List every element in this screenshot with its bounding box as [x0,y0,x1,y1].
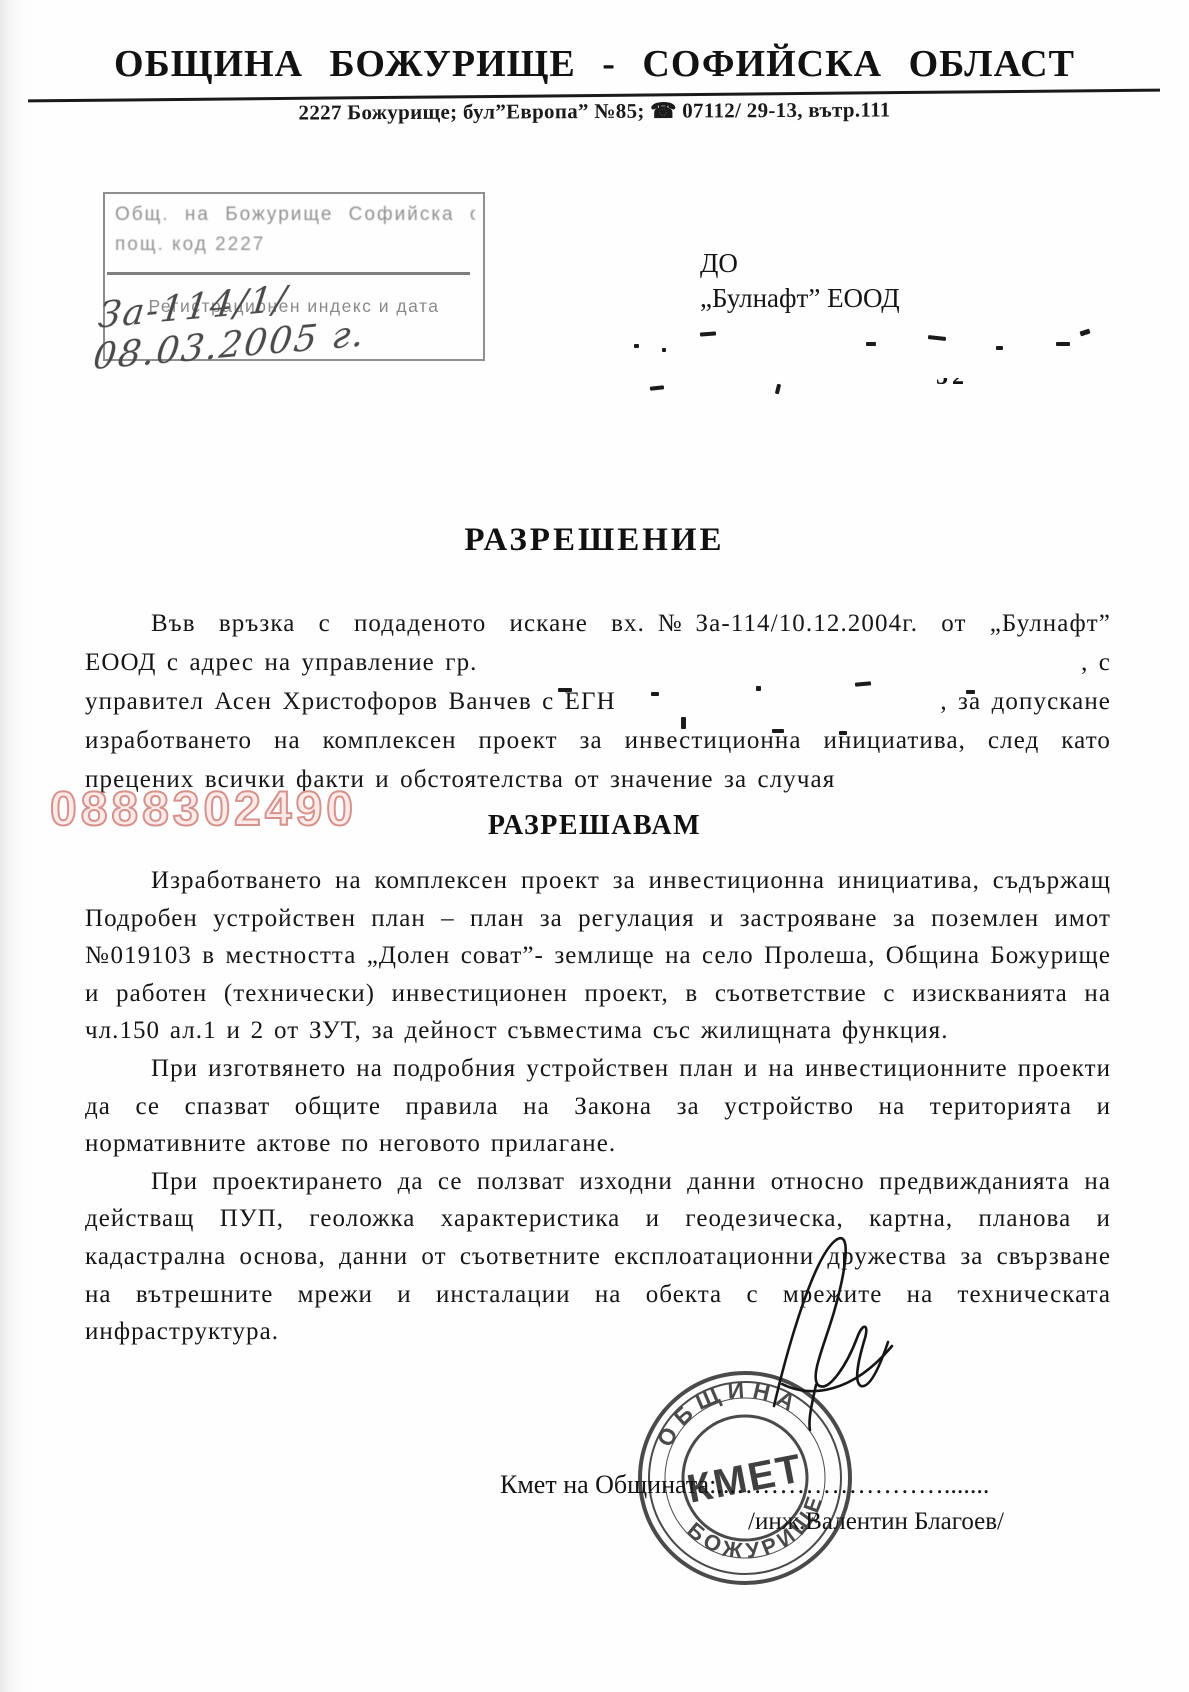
intro-line-3: управител Асен Христофоров Ванчев с ЕГН … [85,682,1111,721]
intro-line-4: изработването на комплексен проект за ин… [85,721,1111,760]
municipality-address-line: 2227 Божурище; бул”Европа” №85; ☎ 07112/… [0,96,1189,127]
stamp-org-line: Общ. на Божурище Софийска област [115,204,475,226]
mayor-name: /инж.Валентин Благоев/ [748,1508,1004,1536]
body-paragraph-1: Изработването на комплексен проект за ин… [85,862,1111,1050]
redaction-speckle [966,690,975,694]
mayor-title-label: Кмет на Общината: [500,1470,716,1499]
mayor-signature-line: Кмет на Общината:...……………………....... [500,1470,1112,1500]
redaction-speckle [996,346,1003,350]
intro-line-2-tail: , с [1081,643,1111,682]
scanned-letter-page: ОБЩИНА БОЖУРИЩЕ - СОФИЙСКА ОБЛАСТ 2227 Б… [0,0,1189,1692]
body-paragraph-2: При изготвянето на подробния устройствен… [85,1050,1111,1163]
redaction-speckle [681,717,686,729]
redaction-speckle [775,384,781,395]
recipient-block: ДО „Булнафт” ЕООД [700,246,900,316]
recipient-name: „Булнафт” ЕООД [700,281,900,316]
stamp-postal-code-line: пощ. код 2227 [115,234,265,256]
redaction-speckle [650,385,664,390]
redaction-speckle [700,331,716,336]
redacted-number-fragment: 52 [936,364,968,391]
signature-dotted-line: ...……………………....... [716,1470,989,1499]
body-paragraph-3: При проектирането да се ползват изходни … [85,1163,1111,1351]
redacted-address-area: 52 [628,328,1098,403]
redaction-speckle [928,335,946,341]
recipient-to-label: ДО [700,246,900,281]
intro-line-2: ЕООД с адрес на управление гр. , с [85,643,1111,682]
intro-line-1: Във връзка с подаденото искане вх.№За-11… [85,604,1111,643]
intro-line-3-text: управител Асен Христофоров Ванчев с ЕГН [85,682,616,721]
redaction-speckle [866,342,876,346]
intro-line-2-text: ЕООД с адрес на управление гр. [85,643,478,682]
redaction-speckle [558,688,572,692]
document-title: РАЗРЕШЕНИЕ [0,522,1189,559]
redaction-speckle [662,348,666,352]
intro-line-3-tail: , за допускане [940,682,1111,721]
redaction-speckle [1079,329,1090,337]
mayor-signature-ink [752,1228,902,1438]
redaction-speckle [1056,342,1070,346]
redaction-speckle [756,686,761,691]
redaction-speckle [839,731,847,735]
redaction-speckle [651,692,659,696]
document-subtitle: РАЗРЕШАВАМ [0,810,1189,842]
redaction-speckle [772,729,784,733]
intro-paragraph: Във връзка с подаденото искане вх.№За-11… [85,604,1111,799]
body-text-column: Изработването на комплексен проект за ин… [85,862,1111,1351]
redaction-speckle [634,344,639,348]
municipality-header-title: ОБЩИНА БОЖУРИЩЕ - СОФИЙСКА ОБЛАСТ [0,42,1189,86]
